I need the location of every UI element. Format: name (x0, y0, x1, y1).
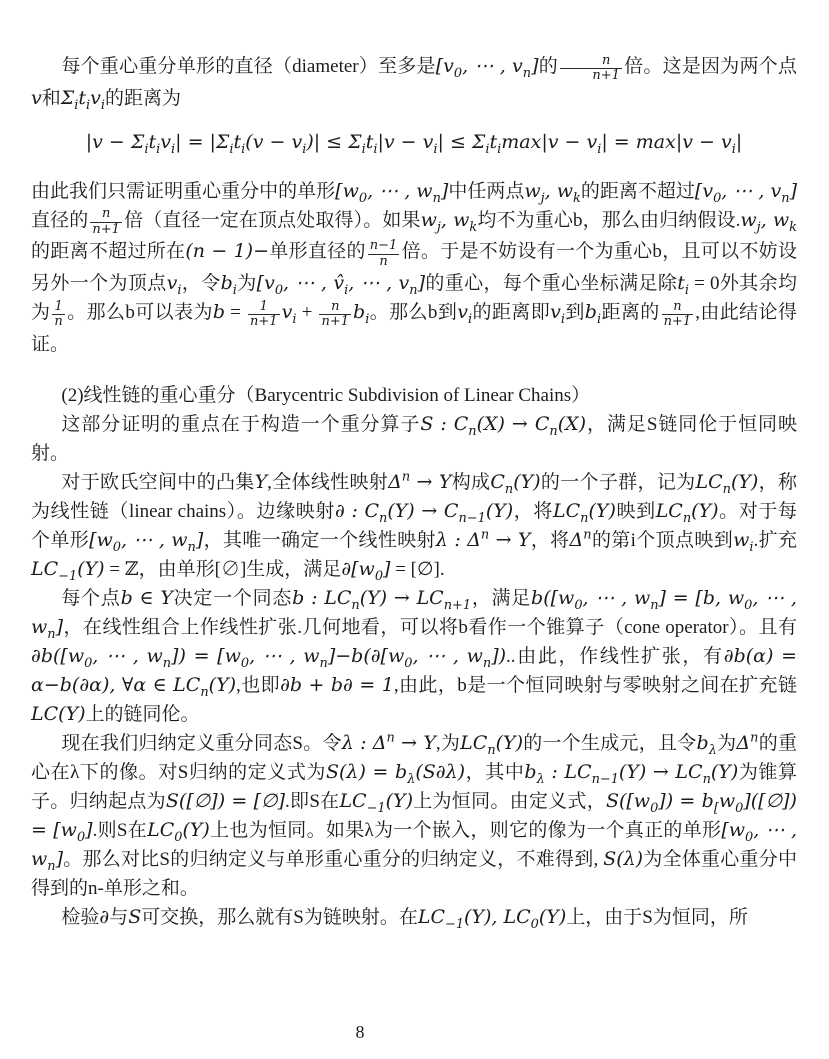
paragraph: 对于欧氏空间中的凸集Y,全体线性映射Δn → Y构成Cn(Y)的一个子群，记为L… (31, 468, 797, 584)
document-page: 每个重心重分单形的直径（diameter）至多是[v0, ⋯ , vn]的nn+… (0, 0, 829, 1059)
page-number: 8 (0, 1022, 720, 1043)
paragraph: 每个点b ∈ Y决定一个同态b : LCn(Y) → LCn+1，满足b([w0… (31, 584, 797, 729)
section-heading: (2)线性链的重心重分（Barycentric Subdivision of L… (31, 381, 797, 410)
paragraph: 检验∂与S可交换，那么就有S为链映射。在LC−1(Y), LC0(Y)上，由于S… (31, 903, 797, 932)
paragraph: 现在我们归纳定义重分同态S。令λ : Δn → Y,为LCn(Y)的一个生成元，… (31, 729, 797, 903)
paragraph: 由此我们只需证明重心重分中的单形[w0, ⋯ , wn]中任两点wj, wk的距… (31, 177, 797, 359)
paragraph: 这部分证明的重点在于构造一个重分算子S : Cn(X) → Cn(X)，满足S链… (31, 410, 797, 468)
paragraph: 每个重心重分单形的直径（diameter）至多是[v0, ⋯ , vn]的nn+… (31, 52, 797, 113)
display-equation: |v − Σitivi| = |Σiti(v − vi)| ≤ Σiti|v −… (31, 129, 797, 156)
document-body: 每个重心重分单形的直径（diameter）至多是[v0, ⋯ , vn]的nn+… (31, 52, 797, 932)
